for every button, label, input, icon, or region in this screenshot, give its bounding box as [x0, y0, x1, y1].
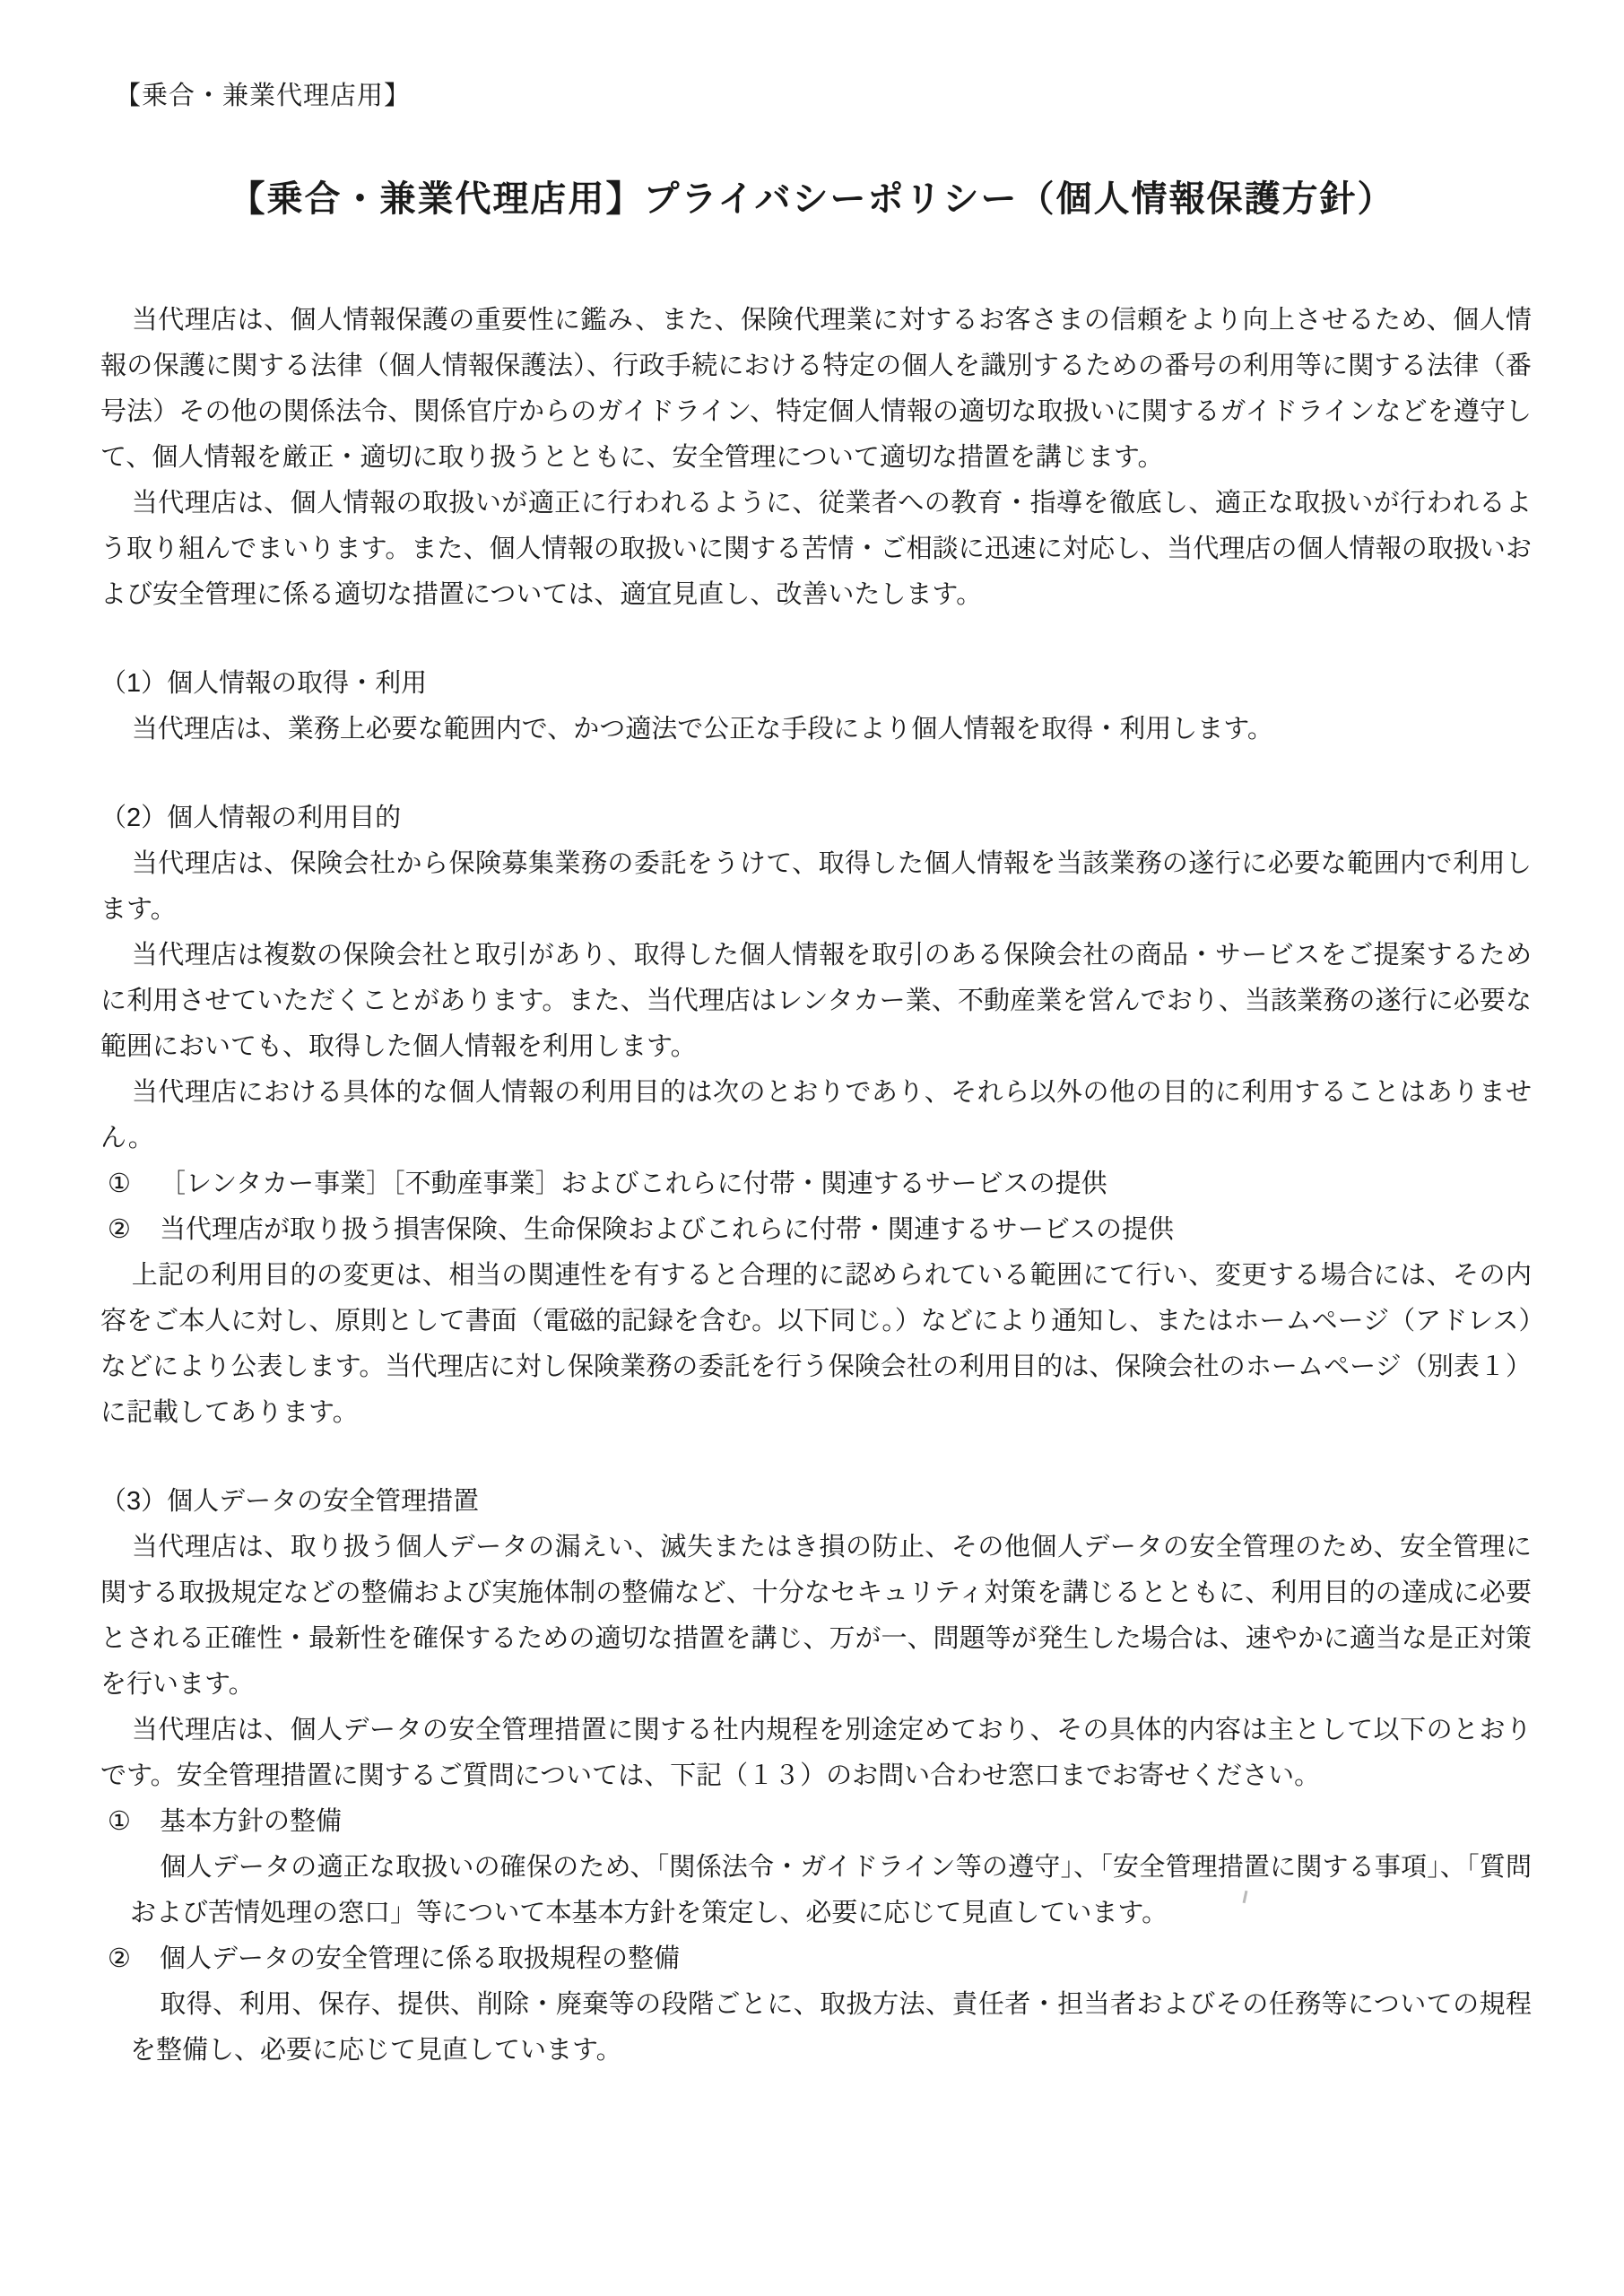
section-security-management: （3）個人データの安全管理措置 当代理店は、取り扱う個人データの漏えい、滅失また… [100, 1479, 1532, 2074]
page-title: 【乗合・兼業代理店用】プライバシーポリシー（個人情報保護方針） [0, 170, 1624, 222]
list-item: ① 基本方針の整備 [100, 1799, 1532, 1845]
section-1-heading: （1）個人情報の取得・利用 [100, 661, 1532, 707]
section-purpose-of-use: （2）個人情報の利用目的 当代理店は、保険会社から保険募集業務の委託をうけて、取… [100, 796, 1532, 1436]
list-item: ② 当代理店が取り扱う損害保険、生命保険およびこれらに付帯・関連するサービスの提… [100, 1207, 1532, 1253]
section-2-heading: （2）個人情報の利用目的 [100, 796, 1532, 841]
item-marker-2: ② [108, 1207, 160, 1253]
section-2-paragraph-1: 当代理店は、保険会社から保険募集業務の委託をうけて、取得した個人情報を当該業務の… [100, 841, 1532, 933]
item-text-2: 当代理店が取り扱う損害保険、生命保険およびこれらに付帯・関連するサービスの提供 [160, 1207, 1532, 1253]
numbered-item-body-2: 取得、利用、保存、提供、削除・廃棄等の段階ごとに、取扱方法、責任者・担当者および… [130, 1982, 1532, 2074]
corner-tag: 【乗合・兼業代理店用】 [115, 75, 411, 112]
numbered-item-marker-2: ② [108, 1936, 160, 1982]
numbered-item-title-2: 個人データの安全管理に係る取扱規程の整備 [160, 1936, 1532, 1982]
list-item: ② 個人データの安全管理に係る取扱規程の整備 [100, 1936, 1532, 1982]
list-item: ① ［レンタカー事業］［不動産事業］およびこれらに付帯・関連するサービスの提供 [100, 1161, 1532, 1207]
section-2-paragraph-3: 当代理店における具体的な個人情報の利用目的は次のとおりであり、それら以外の他の目… [100, 1070, 1532, 1161]
section-3-paragraph-1: 当代理店は、取り扱う個人データの漏えい、滅失またはき損の防止、その他個人データの… [100, 1525, 1532, 1708]
section-3-paragraph-2: 当代理店は、個人データの安全管理措置に関する社内規程を別途定めており、その具体的… [100, 1708, 1532, 1799]
section-2-closing-paragraph: 上記の利用目的の変更は、相当の関連性を有すると合理的に認められている範囲にて行い… [100, 1253, 1532, 1436]
document-page: 【乗合・兼業代理店用】 【乗合・兼業代理店用】プライバシーポリシー（個人情報保護… [0, 0, 1624, 2296]
numbered-item-title-1: 基本方針の整備 [160, 1799, 1532, 1845]
section-3-heading: （3）個人データの安全管理措置 [100, 1479, 1532, 1525]
item-marker-1: ① [108, 1161, 160, 1207]
numbered-item-body-1: 個人データの適正な取扱いの確保のため、「関係法令・ガイドライン等の遵守」、「安全… [130, 1845, 1532, 1936]
document-body: 当代理店は、個人情報保護の重要性に鑑み、また、保険代理業に対するお客さまの信頼を… [100, 298, 1532, 2074]
intro-paragraph-1: 当代理店は、個人情報保護の重要性に鑑み、また、保険代理業に対するお客さまの信頼を… [100, 298, 1532, 481]
section-1-paragraph: 当代理店は、業務上必要な範囲内で、かつ適法で公正な手段により個人情報を取得・利用… [100, 707, 1532, 752]
item-text-1: ［レンタカー事業］［不動産事業］およびこれらに付帯・関連するサービスの提供 [160, 1161, 1532, 1207]
section-2-paragraph-2: 当代理店は複数の保険会社と取引があり、取得した個人情報を取引のある保険会社の商品… [100, 933, 1532, 1070]
section-acquisition-use: （1）個人情報の取得・利用 当代理店は、業務上必要な範囲内で、かつ適法で公正な手… [100, 661, 1532, 752]
numbered-item-marker-1: ① [108, 1799, 160, 1845]
intro-paragraph-2: 当代理店は、個人情報の取扱いが適正に行われるように、従業者への教育・指導を徹底し… [100, 481, 1532, 618]
